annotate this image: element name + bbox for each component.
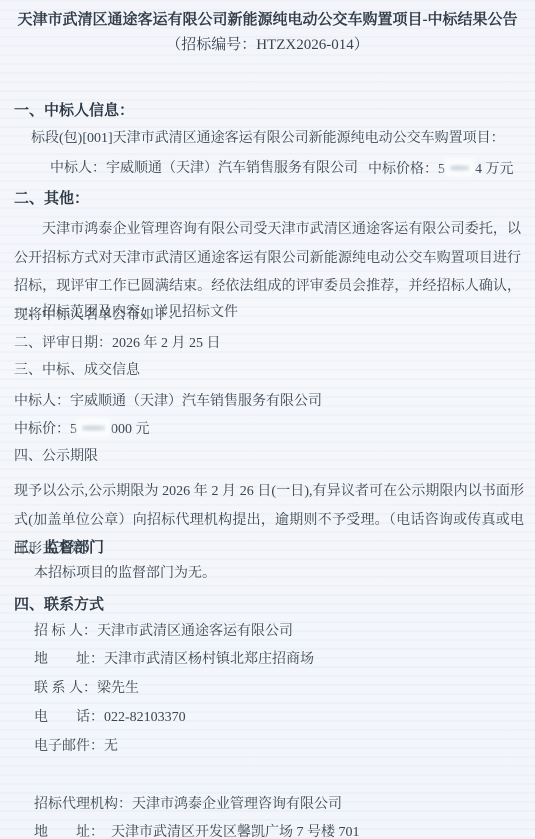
heading-supervision: 三、监督部门	[14, 536, 104, 557]
agency-value: 天津市武清区开发区馨凯广场 7 号楼 701	[111, 825, 360, 839]
contact-label: 电子邮件：	[34, 739, 104, 754]
contact-row-address: 地 址：天津市武清区杨村镇北郑庄招商场	[34, 651, 314, 669]
supervision-body: 本招标项目的监督部门为无。	[34, 565, 216, 583]
award-info-heading: 三、中标、成交信息	[14, 362, 140, 380]
contact-value: 天津市武清区杨村镇北郑庄招商场	[104, 652, 314, 667]
award-price-prefix: 中标价：5	[14, 422, 77, 437]
redaction-blur	[78, 420, 109, 435]
contact-label: 电 话：	[34, 710, 104, 725]
heading-contact: 四、联系方式	[14, 593, 104, 614]
contact-row-person: 联 系 人：梁先生	[34, 680, 139, 698]
award-winner-line: 中标人：宇威顺通（天津）汽车销售服务有限公司	[14, 393, 322, 411]
contact-value: 无	[104, 739, 118, 754]
agency-label: 招标代理机构：	[34, 797, 132, 812]
doc-subtitle: （招标编号：HTZX2026-014）	[0, 33, 535, 54]
scope-line: 一、招标范围及内容：详见招标文件	[14, 304, 238, 322]
price-prefix: 5	[438, 162, 445, 177]
winner-name: 宇威顺通（天津）汽车销售服务有限公司	[106, 161, 358, 176]
announcement-document: 天津市武清区通途客运有限公司新能源纯电动公交车购置项目-中标结果公告 （招标编号…	[0, 0, 535, 839]
contact-value: 022-82103370	[104, 710, 186, 725]
heading-other: 二、其他：	[14, 187, 89, 208]
award-price-suffix: 000 元	[111, 422, 150, 437]
winner-price-line: 中标价格：54 万元	[368, 160, 514, 179]
heading-winner-info: 一、中标人信息：	[14, 99, 134, 120]
winner-name-line: 中标人：宇威顺通（天津）汽车销售服务有限公司	[50, 160, 358, 178]
contact-label: 地 址：	[34, 652, 104, 667]
winner-label: 中标人：	[50, 161, 106, 176]
contact-value: 天津市武清区通途客运有限公司	[97, 624, 293, 639]
agency-row-address: 地 址： 天津市武清区开发区馨凯广场 7 号楼 701	[34, 824, 360, 839]
doc-title: 天津市武清区通途客运有限公司新能源纯电动公交车购置项目-中标结果公告	[0, 8, 535, 29]
agency-row-name: 招标代理机构：天津市鸿泰企业管理咨询有限公司	[34, 796, 342, 814]
package-line: 标段(包)[001]天津市武清区通途客运有限公司新能源纯电动公交车购置项目：	[31, 130, 505, 148]
contact-label: 招 标 人：	[34, 624, 97, 639]
award-price-line: 中标价：5000 元	[14, 420, 150, 439]
agency-value: 天津市鸿泰企业管理咨询有限公司	[132, 797, 342, 812]
contact-row-email: 电子邮件：无	[34, 738, 118, 756]
contact-value: 梁先生	[97, 681, 139, 696]
price-label: 中标价格：	[368, 162, 438, 177]
contact-row-phone: 电 话：022-82103370	[34, 709, 186, 727]
price-suffix: 4 万元	[475, 162, 514, 177]
agency-label: 地 址：	[34, 825, 111, 839]
contact-label: 联 系 人：	[34, 681, 97, 696]
publicity-heading: 四、公示期限	[14, 448, 98, 466]
contact-row-tenderer: 招 标 人：天津市武清区通途客运有限公司	[34, 623, 293, 641]
redaction-blur	[446, 160, 473, 175]
review-date-line: 二、评审日期：2026 年 2 月 25 日	[14, 335, 221, 353]
